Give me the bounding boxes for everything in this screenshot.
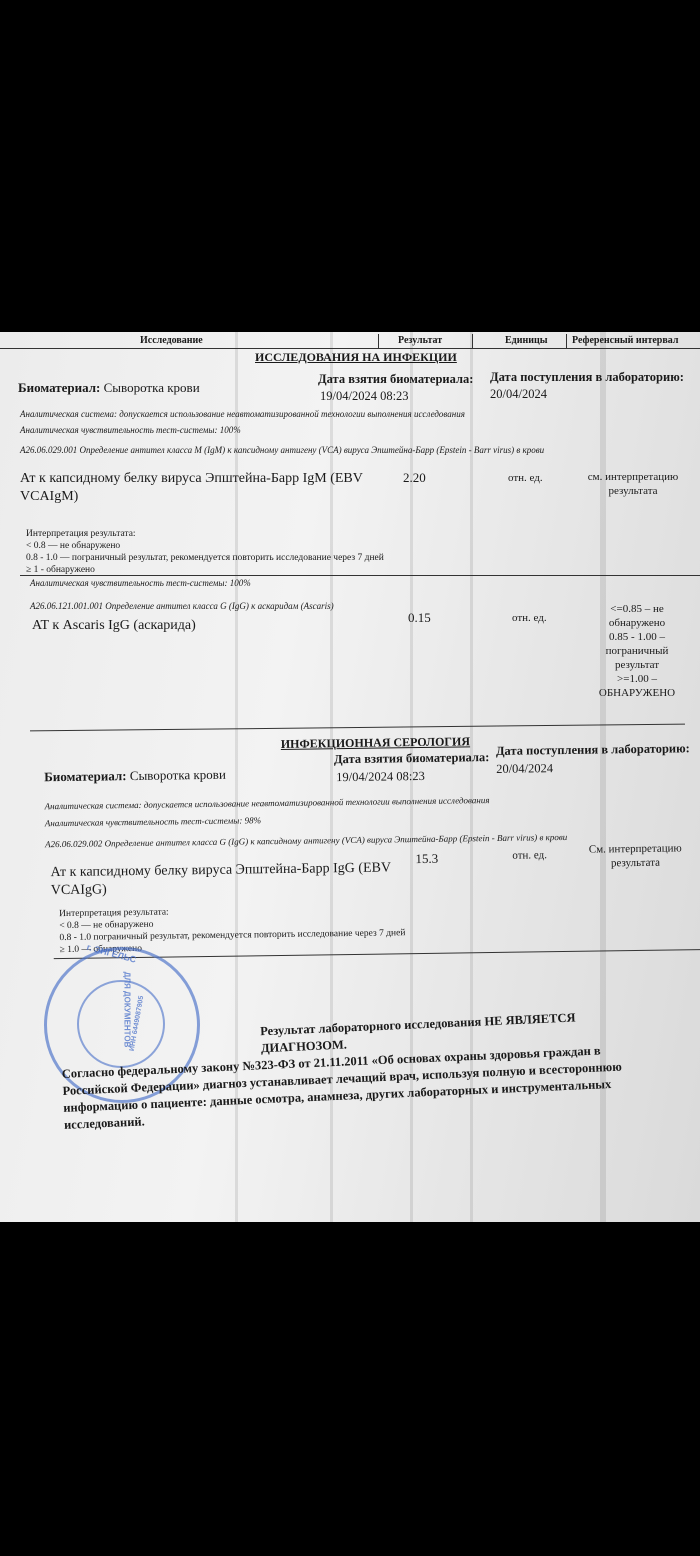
section-title: ИНФЕКЦИОННАЯ СЕРОЛОГИЯ <box>281 734 470 752</box>
test-units: отн. ед. <box>512 849 547 861</box>
lab-report-page: Исследование Результат Единицы Референсн… <box>0 332 700 1222</box>
sensitivity: Аналитическая чувствительность тест-сист… <box>45 815 261 828</box>
test-result: 15.3 <box>415 851 438 867</box>
date-taken-label: Дата взятия биоматериала: <box>334 750 490 767</box>
test-name: Ат к капсидному белку вируса Эпштейна-Ба… <box>50 859 410 900</box>
analytic-system: Аналитическая система: допускается испол… <box>45 795 490 811</box>
biomaterial: Биоматериал: Сыворотка крови <box>44 767 226 786</box>
date-received-value: 20/04/2024 <box>496 761 553 777</box>
date-taken-value: 19/04/2024 08:23 <box>336 769 425 785</box>
test-reference: См. интерпретацию результата <box>585 841 685 870</box>
date-received-label: Дата поступления в лабораторию: <box>496 741 690 759</box>
